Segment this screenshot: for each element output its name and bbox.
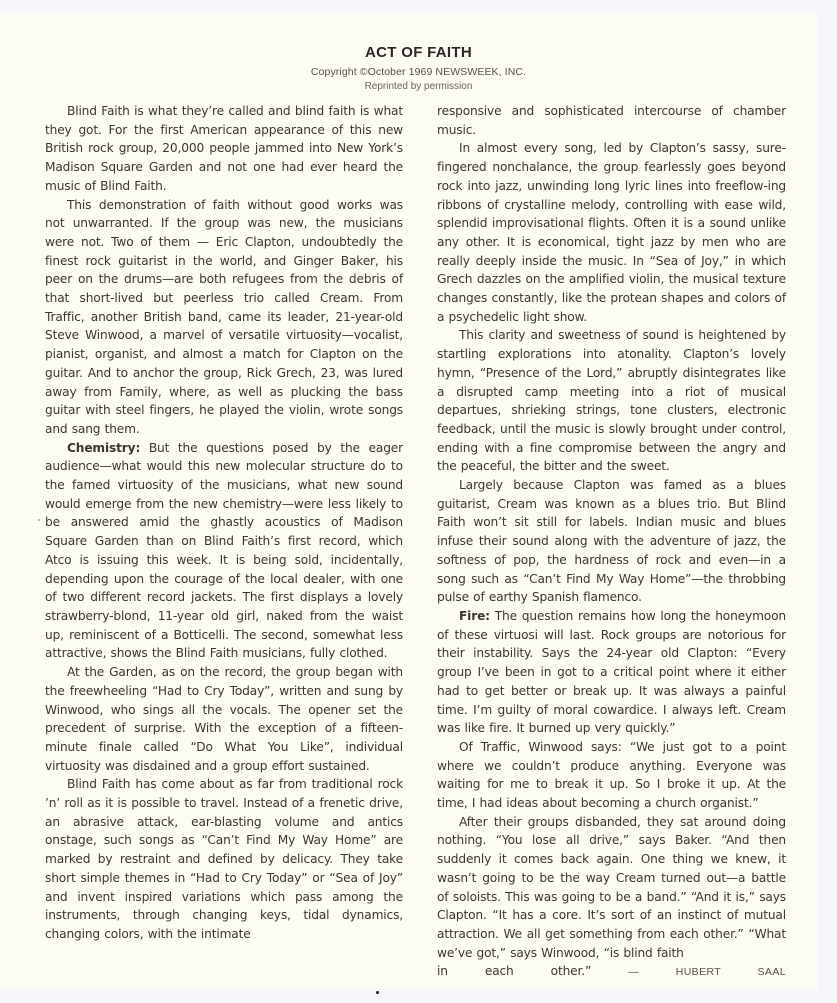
closing-line: in each other.” — HUBERT SAAL	[437, 962, 786, 982]
paragraph: Of Traffic, Winwood says: “We just got t…	[437, 738, 786, 813]
paragraph: Blind Faith has come about as far from t…	[45, 775, 403, 943]
section-head-chemistry: Chemistry:	[67, 441, 140, 455]
left-column: Blind Faith is what they’re called and b…	[45, 102, 403, 944]
paragraph: At the Garden, as on the record, the gro…	[45, 663, 403, 775]
paragraph: This clarity and sweetness of sound is h…	[437, 326, 786, 476]
page-mark	[376, 991, 379, 994]
reprint-note: Reprinted by permission	[0, 81, 837, 92]
author-byline: — HUBERT SAAL	[628, 966, 786, 978]
paragraph: This demonstration of faith without good…	[45, 196, 403, 439]
paragraph-continued: responsive and sophisticated intercourse…	[437, 102, 786, 139]
paragraph: Blind Faith is what they’re called and b…	[45, 102, 403, 196]
right-column: responsive and sophisticated intercourse…	[437, 102, 786, 982]
closing-text: in each other.”	[437, 964, 591, 978]
stray-mark	[38, 519, 40, 521]
section-head-fire: Fire:	[459, 609, 490, 623]
paragraph-text: But the questions posed by the eager aud…	[45, 441, 403, 661]
paragraph: In almost every song, led by Clapton’s s…	[437, 139, 786, 326]
paragraph-text: The question remains how long the honeym…	[437, 609, 786, 735]
paragraph: After their groups disbanded, they sat a…	[437, 813, 786, 963]
paragraph-chemistry: Chemistry: But the questions posed by th…	[45, 439, 403, 663]
article-title: ACT OF FAITH	[0, 44, 837, 61]
paragraph-fire: Fire: The question remains how long the …	[437, 607, 786, 738]
copyright-line: Copyright ©October 1969 NEWSWEEK, INC.	[0, 66, 837, 78]
paragraph: Largely because Clapton was famed as a b…	[437, 476, 786, 607]
